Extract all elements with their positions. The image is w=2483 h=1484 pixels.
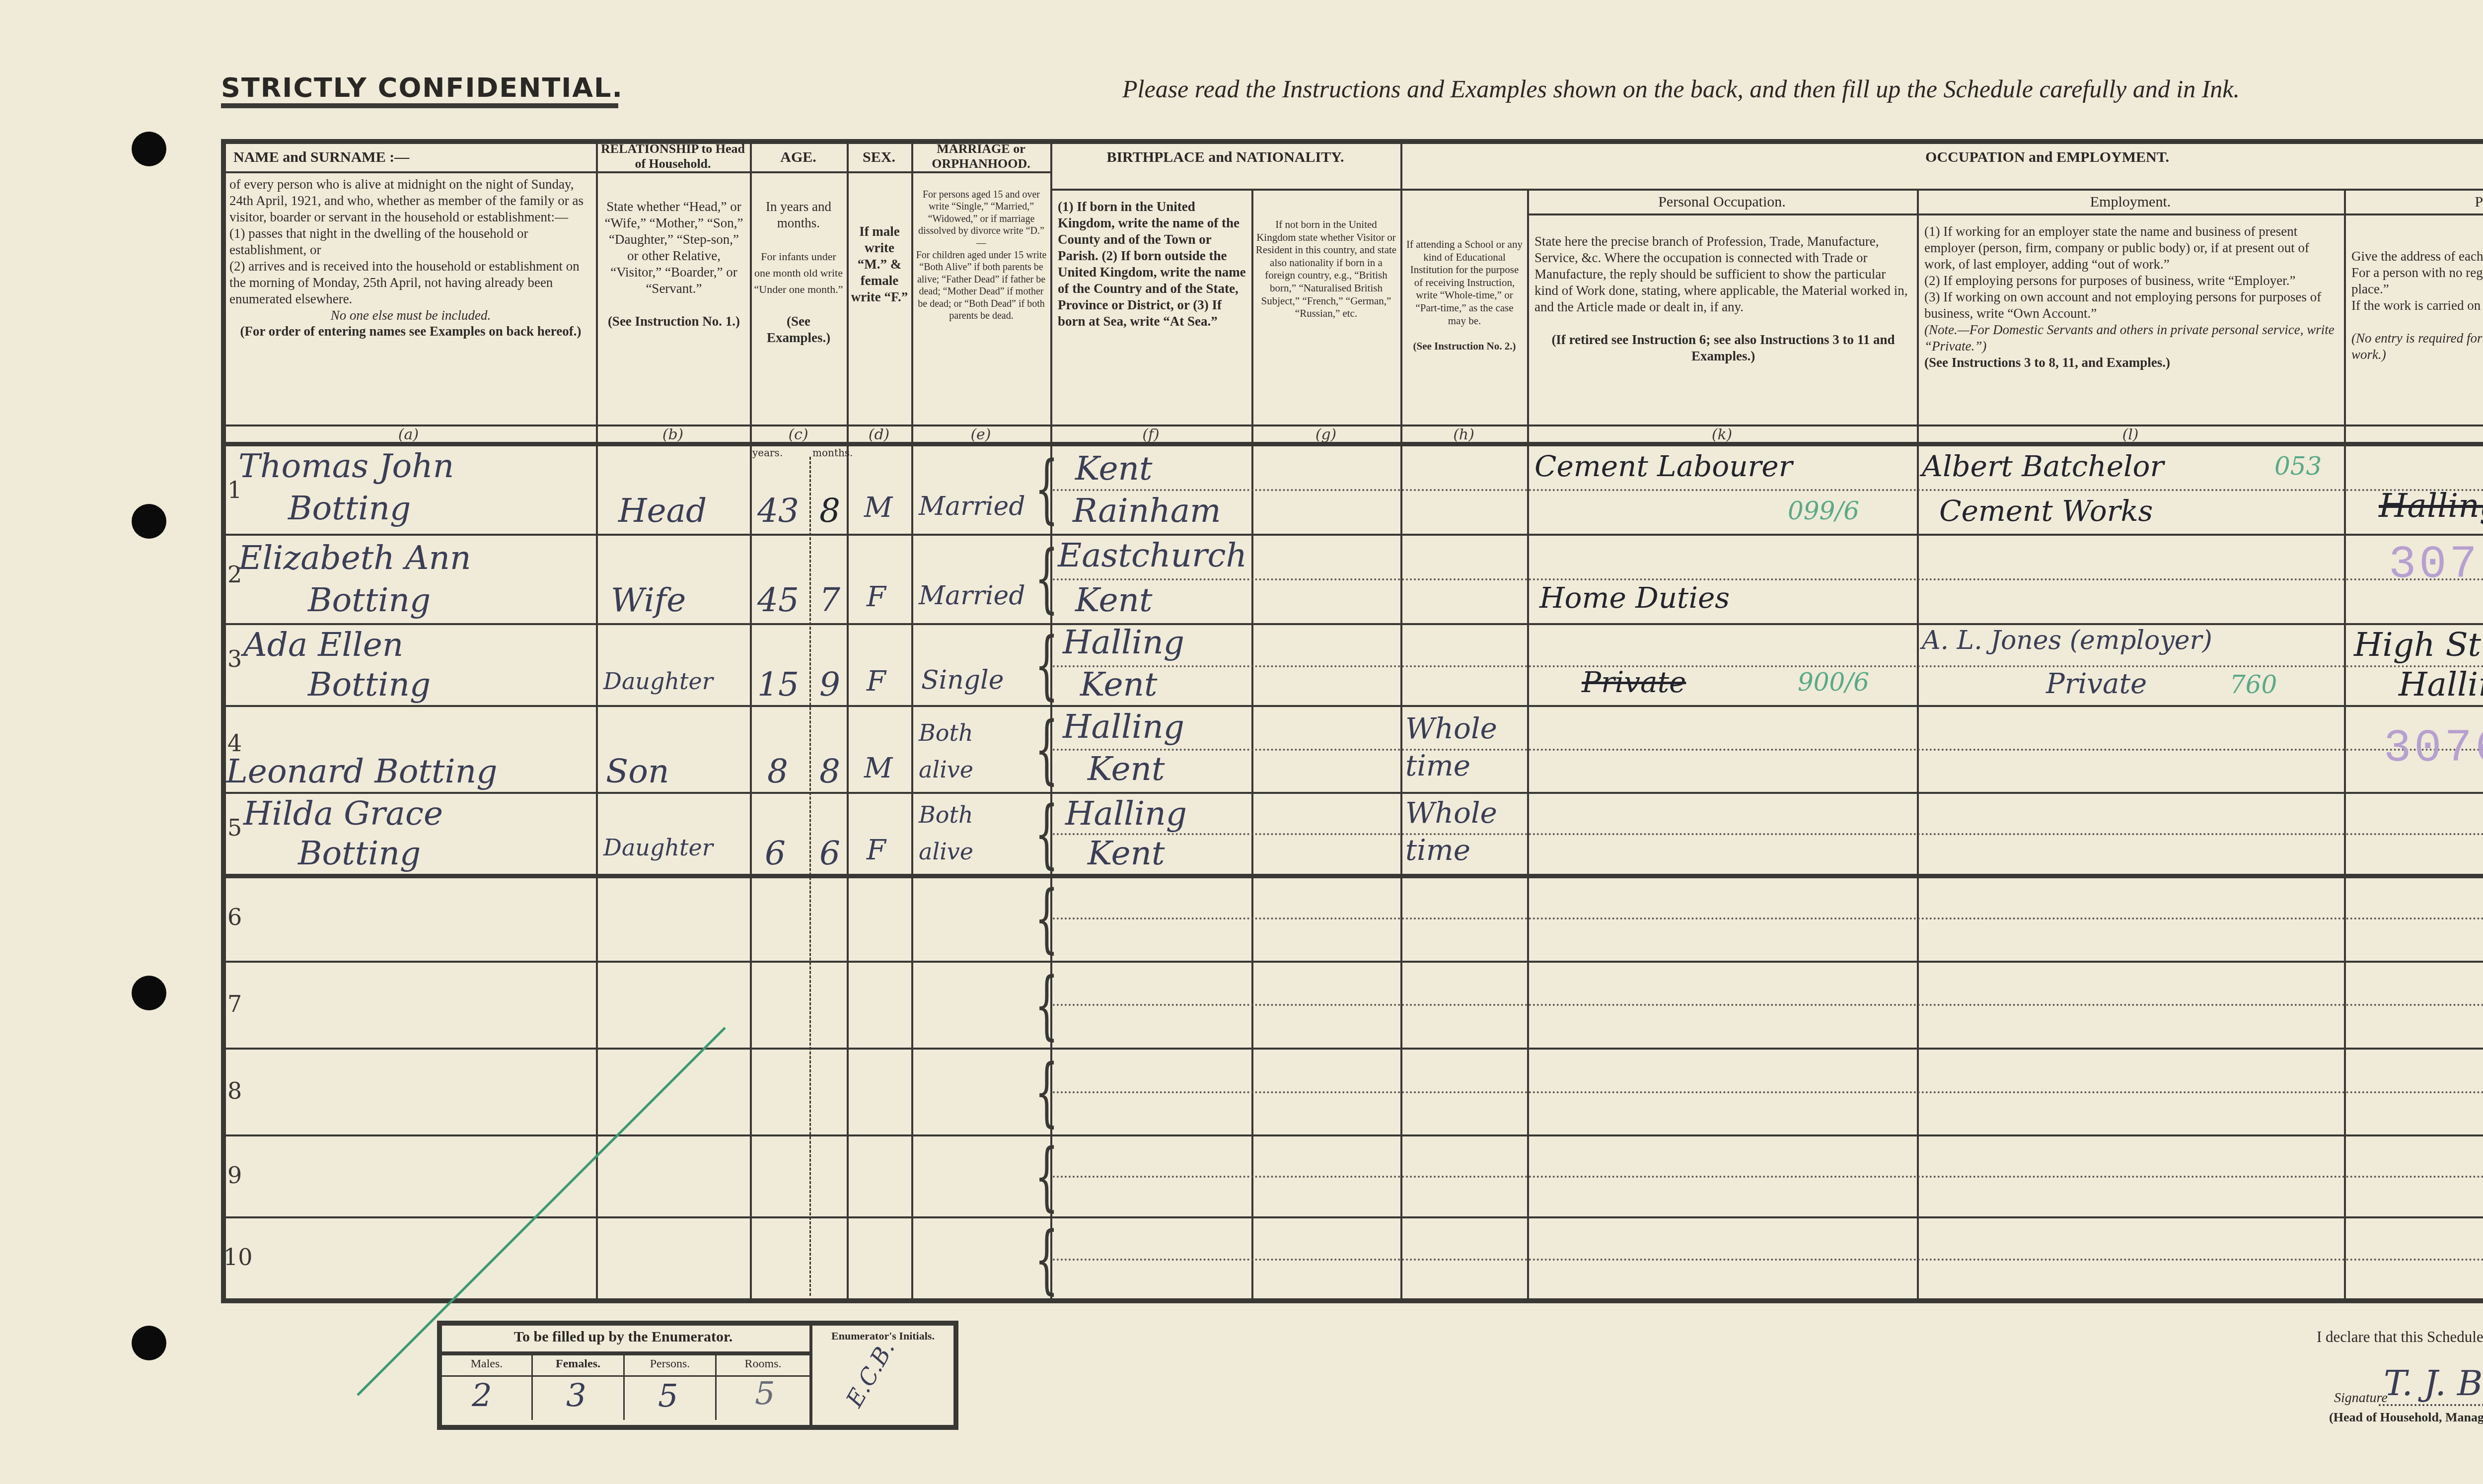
age-years[interactable]: 8 bbox=[767, 752, 788, 790]
column-d-title: SEX. bbox=[847, 149, 911, 166]
census-schedule-page: STRICTLY CONFIDENTIAL. Please read the I… bbox=[0, 0, 2483, 1484]
name-first[interactable]: Thomas John bbox=[238, 447, 454, 485]
occupation-group-title: OCCUPATION and EMPLOYMENT. bbox=[1400, 149, 2483, 166]
column-b-title: RELATIONSHIP to Head of Household. bbox=[598, 141, 747, 171]
age-years[interactable]: 45 bbox=[757, 581, 799, 619]
relationship[interactable]: Daughter bbox=[603, 668, 713, 695]
birthplace-town[interactable]: Halling bbox=[1065, 794, 1187, 833]
totals-header-males: Males. bbox=[442, 1357, 531, 1371]
marriage[interactable]: Both alive bbox=[919, 715, 1028, 788]
age-months[interactable]: 8 bbox=[819, 492, 840, 530]
column-letter: (m) bbox=[2344, 426, 2483, 443]
column-letter: (a) bbox=[221, 426, 596, 443]
column-g-instructions: If not born in the United Kingdom state … bbox=[1255, 218, 1397, 320]
enumerator-initials[interactable]: E.C.B. bbox=[841, 1336, 900, 1412]
age-months[interactable]: 9 bbox=[819, 665, 840, 704]
fill-instructions: Please read the Instructions and Example… bbox=[1122, 74, 2240, 103]
marriage[interactable]: Single bbox=[921, 665, 1004, 695]
column-letter: (g) bbox=[1251, 426, 1400, 443]
birthplace-county[interactable]: Kent bbox=[1075, 449, 1153, 488]
brace-icon: { bbox=[1035, 628, 1059, 703]
sex[interactable]: F bbox=[867, 665, 886, 698]
marriage[interactable]: Both alive bbox=[919, 797, 1028, 870]
marriage[interactable]: Married bbox=[919, 581, 1025, 611]
brace-icon: { bbox=[1035, 797, 1059, 871]
column-letter: (b) bbox=[596, 426, 750, 443]
totals-header-persons: Persons. bbox=[625, 1357, 715, 1371]
total-persons[interactable]: 5 bbox=[658, 1378, 678, 1414]
personal-occupation[interactable]: Home Duties bbox=[1539, 581, 1730, 615]
signature-caption: (Head of Household, Manager of Establish… bbox=[2329, 1410, 2483, 1425]
name-last[interactable]: Botting bbox=[308, 581, 431, 619]
relationship[interactable]: Wife bbox=[611, 581, 686, 619]
confidential-title: STRICTLY CONFIDENTIAL. bbox=[221, 72, 623, 103]
column-c-title: AGE. bbox=[750, 149, 847, 166]
birthplace-county[interactable]: Kent bbox=[1088, 834, 1165, 872]
birthplace-town[interactable]: Halling bbox=[1063, 707, 1184, 746]
name-first[interactable]: Elizabeth Ann bbox=[238, 539, 471, 577]
occupation-code: 900/6 bbox=[1798, 668, 1869, 697]
column-k-instructions: State here the precise branch of Profess… bbox=[1534, 233, 1912, 364]
name-first[interactable]: Hilda Grace bbox=[243, 794, 443, 833]
table-row-empty[interactable] bbox=[258, 879, 2483, 958]
birthplace-county[interactable]: Kent bbox=[1080, 665, 1158, 704]
column-k-title: Personal Occupation. bbox=[1527, 194, 1917, 211]
column-h-instructions: If attending a School or any kind of Edu… bbox=[1405, 238, 1524, 353]
sex[interactable]: M bbox=[864, 492, 892, 524]
brace-icon: { bbox=[1035, 452, 1059, 526]
age-years[interactable]: 6 bbox=[765, 834, 786, 872]
workplace-street[interactable]: High St bbox=[2354, 626, 2481, 664]
column-l-title: Employment. bbox=[1917, 194, 2344, 211]
enumerator-totals-box: To be filled up by the Enumerator. Enume… bbox=[437, 1321, 958, 1430]
column-letter: (f) bbox=[1050, 426, 1251, 443]
brace-icon: { bbox=[1035, 712, 1059, 787]
column-f-instructions: (1) If born in the United Kingdom, write… bbox=[1058, 199, 1246, 330]
birthplace-group-title: BIRTHPLACE and NATIONALITY. bbox=[1050, 149, 1400, 166]
column-a-title: NAME and SURNAME :— bbox=[233, 149, 581, 166]
total-rooms[interactable]: 5 bbox=[755, 1375, 775, 1412]
name-last[interactable]: Botting bbox=[288, 489, 411, 527]
column-a-instructions: of every person who is alive at midnight… bbox=[229, 176, 592, 340]
row-number: 9 bbox=[227, 1162, 242, 1189]
row-number: 8 bbox=[227, 1077, 242, 1104]
column-letter: (k) bbox=[1527, 426, 1917, 443]
age-months[interactable]: 6 bbox=[819, 834, 840, 872]
signature-field[interactable]: T. J. Botting bbox=[2384, 1363, 2483, 1404]
birthplace-county[interactable]: Kent bbox=[1088, 750, 1165, 788]
name-first[interactable]: Ada Ellen bbox=[243, 626, 403, 664]
totals-header-rooms: Rooms. bbox=[717, 1357, 809, 1371]
sex[interactable]: F bbox=[867, 581, 886, 613]
punch-hole-icon bbox=[132, 976, 166, 1010]
relationship[interactable]: Son bbox=[606, 752, 669, 790]
education[interactable]: Whole time bbox=[1405, 710, 1525, 785]
relationship[interactable]: Head bbox=[618, 492, 707, 530]
totals-header-females: Females. bbox=[533, 1357, 623, 1371]
age-years-subhead: years. bbox=[752, 447, 783, 459]
totals-caption: To be filled up by the Enumerator. bbox=[442, 1329, 804, 1345]
birthplace-county[interactable]: Kent bbox=[1075, 581, 1153, 619]
column-letter: (c) bbox=[750, 426, 847, 443]
column-m-title: Place of Work. bbox=[2344, 194, 2483, 211]
column-letter: (d) bbox=[847, 426, 911, 443]
relationship[interactable]: Daughter bbox=[603, 834, 713, 861]
row-number: 7 bbox=[227, 990, 242, 1017]
row-number: 5 bbox=[227, 814, 242, 841]
personal-occupation[interactable]: Cement Labourer bbox=[1534, 449, 1792, 483]
name-last[interactable]: Botting bbox=[308, 665, 431, 704]
birthplace-town[interactable]: Rainham bbox=[1073, 492, 1221, 530]
employer-name[interactable]: A. L. Jones (employer) bbox=[1922, 626, 2212, 655]
total-females[interactable]: 3 bbox=[566, 1378, 586, 1414]
column-letter: (h) bbox=[1400, 426, 1527, 443]
sex[interactable]: M bbox=[864, 752, 892, 784]
row-number: 3 bbox=[227, 645, 242, 672]
age-years[interactable]: 15 bbox=[757, 665, 799, 704]
employer-name[interactable]: Albert Batchelor bbox=[1922, 449, 2164, 483]
column-letter: (e) bbox=[911, 426, 1050, 443]
column-c-instructions: In years and months. For infants under o… bbox=[754, 199, 843, 346]
workplace-stamp: 3076 07 bbox=[2389, 539, 2483, 591]
total-males[interactable]: 2 bbox=[472, 1378, 492, 1414]
column-d-instructions: If male write “M.” & female write “F.” bbox=[850, 223, 909, 305]
age-months[interactable]: 7 bbox=[819, 581, 840, 619]
education[interactable]: Whole time bbox=[1405, 794, 1525, 869]
title-underline bbox=[221, 103, 618, 108]
brace-icon: { bbox=[1035, 541, 1059, 616]
workplace[interactable]: Halling bbox=[2379, 487, 2483, 525]
declaration-text: I declare that this Schedule is correctl… bbox=[2317, 1328, 2483, 1346]
column-l-instructions: (1) If working for an employer state the… bbox=[1924, 223, 2339, 370]
employer-business[interactable]: Cement Works bbox=[1939, 494, 2153, 528]
workplace-stamp: 3076 07 bbox=[2384, 722, 2483, 775]
punch-hole-icon bbox=[132, 504, 166, 539]
punch-hole-icon bbox=[132, 1326, 166, 1360]
age-years[interactable]: 43 bbox=[757, 492, 799, 530]
column-letter: (l) bbox=[1917, 426, 2344, 443]
employer-business[interactable]: Private bbox=[2046, 668, 2147, 700]
sex[interactable]: F bbox=[867, 834, 886, 866]
column-e-title: MARRIAGE or ORPHANHOOD. bbox=[913, 141, 1049, 171]
employer-code: 760 bbox=[2230, 670, 2277, 699]
birthplace-town[interactable]: Halling bbox=[1063, 623, 1184, 661]
personal-occupation[interactable]: Private bbox=[1582, 665, 1686, 699]
column-m-instructions: Give the address of each person's place … bbox=[2351, 248, 2483, 363]
workplace-town[interactable]: Halling bbox=[2399, 665, 2483, 704]
row-number: 6 bbox=[227, 904, 242, 930]
employer-code: 053 bbox=[2274, 452, 2322, 481]
age-months[interactable]: 8 bbox=[819, 752, 840, 790]
name-full[interactable]: Leonard Botting bbox=[226, 752, 497, 790]
row-number: 10 bbox=[223, 1244, 253, 1271]
marriage[interactable]: Married bbox=[919, 492, 1025, 521]
birthplace-town[interactable]: Eastchurch bbox=[1058, 536, 1247, 574]
punch-hole-icon bbox=[132, 132, 166, 166]
column-e-instructions: For persons aged 15 and over write “Sing… bbox=[915, 189, 1048, 322]
column-b-instructions: State whether “Head,” or “Wife,” “Mother… bbox=[602, 199, 746, 330]
age-months-subhead: months. bbox=[812, 447, 853, 459]
occupation-code: 099/6 bbox=[1788, 496, 1859, 525]
name-last[interactable]: Botting bbox=[298, 834, 421, 872]
